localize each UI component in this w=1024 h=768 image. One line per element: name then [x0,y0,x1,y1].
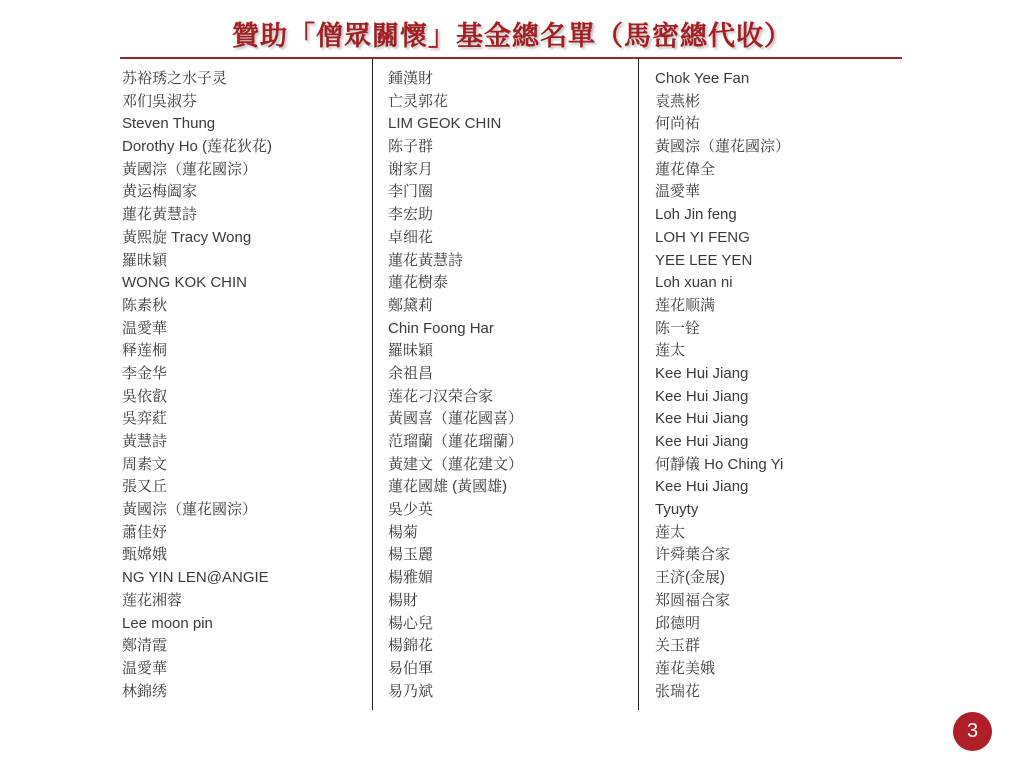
name-row: NG YIN LEN@ANGIE [122,567,372,590]
name-row: 邓们吳淑芬 [122,91,372,114]
name-row: Lee moon pin [122,613,372,636]
name-row: 黃熙旋 Tracy Wong [122,227,372,250]
name-row: 鄭黛莉 [388,295,638,318]
name-row: Chin Foong Har [388,318,638,341]
name-row: 莲花顺满 [655,295,902,318]
name-row: 吳弈葒 [122,408,372,431]
name-row: Kee Hui Jiang [655,476,902,499]
name-row: YEE LEE YEN [655,250,902,273]
name-row: 黄运梅阖家 [122,181,372,204]
column-divider-2 [638,59,639,710]
name-row: 蕭佳妤 [122,522,372,545]
name-row: 莲花刁汉荣合家 [388,386,638,409]
donor-list-page: 贊助「僧眾關懷」基金總名單（馬密總代收） 苏裕琇之水子灵邓们吳淑芬Steven … [0,0,1024,768]
name-row: Tyuyty [655,499,902,522]
name-row: 羅昧穎 [122,250,372,273]
name-row: 陈素秋 [122,295,372,318]
name-column-1: 苏裕琇之水子灵邓们吳淑芬Steven ThungDorothy Ho (莲花狄花… [120,68,372,710]
name-row: 何尚祐 [655,113,902,136]
name-row: Kee Hui Jiang [655,431,902,454]
name-row: 温愛華 [122,318,372,341]
name-column-2: 鍾漢財亡灵郭花LIM GEOK CHIN陈子群谢家月李门圈李宏助卓细花蓮花黃慧詩… [372,68,638,710]
name-row: 吳依叡 [122,386,372,409]
name-row: 黃建文（蓮花建文） [388,454,638,477]
name-row: 王济(金展) [655,567,902,590]
name-row: 黃國淙（蓮花國淙） [655,136,902,159]
name-row: 蓮花黃慧詩 [122,204,372,227]
name-row: 莲太 [655,340,902,363]
name-row: 李金华 [122,363,372,386]
page-number-badge: 3 [953,712,992,751]
name-row: 周素文 [122,454,372,477]
name-row: 莲花美娥 [655,658,902,681]
name-row: 温愛華 [122,658,372,681]
name-row: 蓮花黃慧詩 [388,250,638,273]
name-row: 張又丘 [122,476,372,499]
name-row: 陈一铨 [655,318,902,341]
name-row: 余祖昌 [388,363,638,386]
name-row: LOH YI FENG [655,227,902,250]
page-title: 贊助「僧眾關懷」基金總名單（馬密總代收） [0,14,1024,53]
name-row: 楊雅媚 [388,567,638,590]
name-list-table: 苏裕琇之水子灵邓们吳淑芬Steven ThungDorothy Ho (莲花狄花… [120,57,902,710]
name-row: 黃國淙（蓮花國淙） [122,159,372,182]
name-row: 范瑠蘭（蓮花瑠蘭） [388,431,638,454]
name-row: Loh Jin feng [655,204,902,227]
name-row: 许舜葉合家 [655,544,902,567]
name-row: 陈子群 [388,136,638,159]
name-row: 黃慧詩 [122,431,372,454]
name-row: 温愛華 [655,181,902,204]
name-row: 黃國淙（蓮花國淙） [122,499,372,522]
name-row: 李宏助 [388,204,638,227]
name-row: WONG KOK CHIN [122,272,372,295]
name-row: 蓮花偉全 [655,159,902,182]
name-row: 邱德明 [655,613,902,636]
name-row: 何靜儀 Ho Ching Yi [655,454,902,477]
name-row: 郑圆福合家 [655,590,902,613]
name-row: 苏裕琇之水子灵 [122,68,372,91]
name-row: 亡灵郭花 [388,91,638,114]
column-divider-1 [372,59,373,710]
name-row: 关玉群 [655,635,902,658]
name-row: 李门圈 [388,181,638,204]
name-row: Kee Hui Jiang [655,386,902,409]
name-row: 袁燕彬 [655,91,902,114]
name-row: 释莲桐 [122,340,372,363]
name-row: 楊心兒 [388,613,638,636]
name-row: 羅昧穎 [388,340,638,363]
name-row: Kee Hui Jiang [655,363,902,386]
name-row: 蓮花樹泰 [388,272,638,295]
name-row: 黃國喜（蓮花國喜） [388,408,638,431]
name-row: 楊錦花 [388,635,638,658]
name-row: 蓮花國雄 (黃國雄) [388,476,638,499]
name-row: LIM GEOK CHIN [388,113,638,136]
name-row: 楊菊 [388,522,638,545]
name-row: 莲太 [655,522,902,545]
name-row: 楊玉麗 [388,544,638,567]
name-row: Chok Yee Fan [655,68,902,91]
name-row: 吳少英 [388,499,638,522]
name-row: Steven Thung [122,113,372,136]
name-row: 谢家月 [388,159,638,182]
name-row: 易乃斌 [388,681,638,704]
name-row: 莲花湘蓉 [122,590,372,613]
name-row: 鍾漢財 [388,68,638,91]
name-row: 甄嫦娥 [122,544,372,567]
name-row: 易伯軍 [388,658,638,681]
name-row: Dorothy Ho (莲花狄花) [122,136,372,159]
name-column-3: Chok Yee Fan袁燕彬何尚祐黃國淙（蓮花國淙）蓮花偉全温愛華Loh Ji… [638,68,902,710]
name-row: 鄭清霞 [122,635,372,658]
name-row: Kee Hui Jiang [655,408,902,431]
name-row: Loh xuan ni [655,272,902,295]
name-row: 楊財 [388,590,638,613]
name-row: 张瑞花 [655,681,902,704]
name-row: 卓细花 [388,227,638,250]
name-row: 林錦绣 [122,681,372,704]
